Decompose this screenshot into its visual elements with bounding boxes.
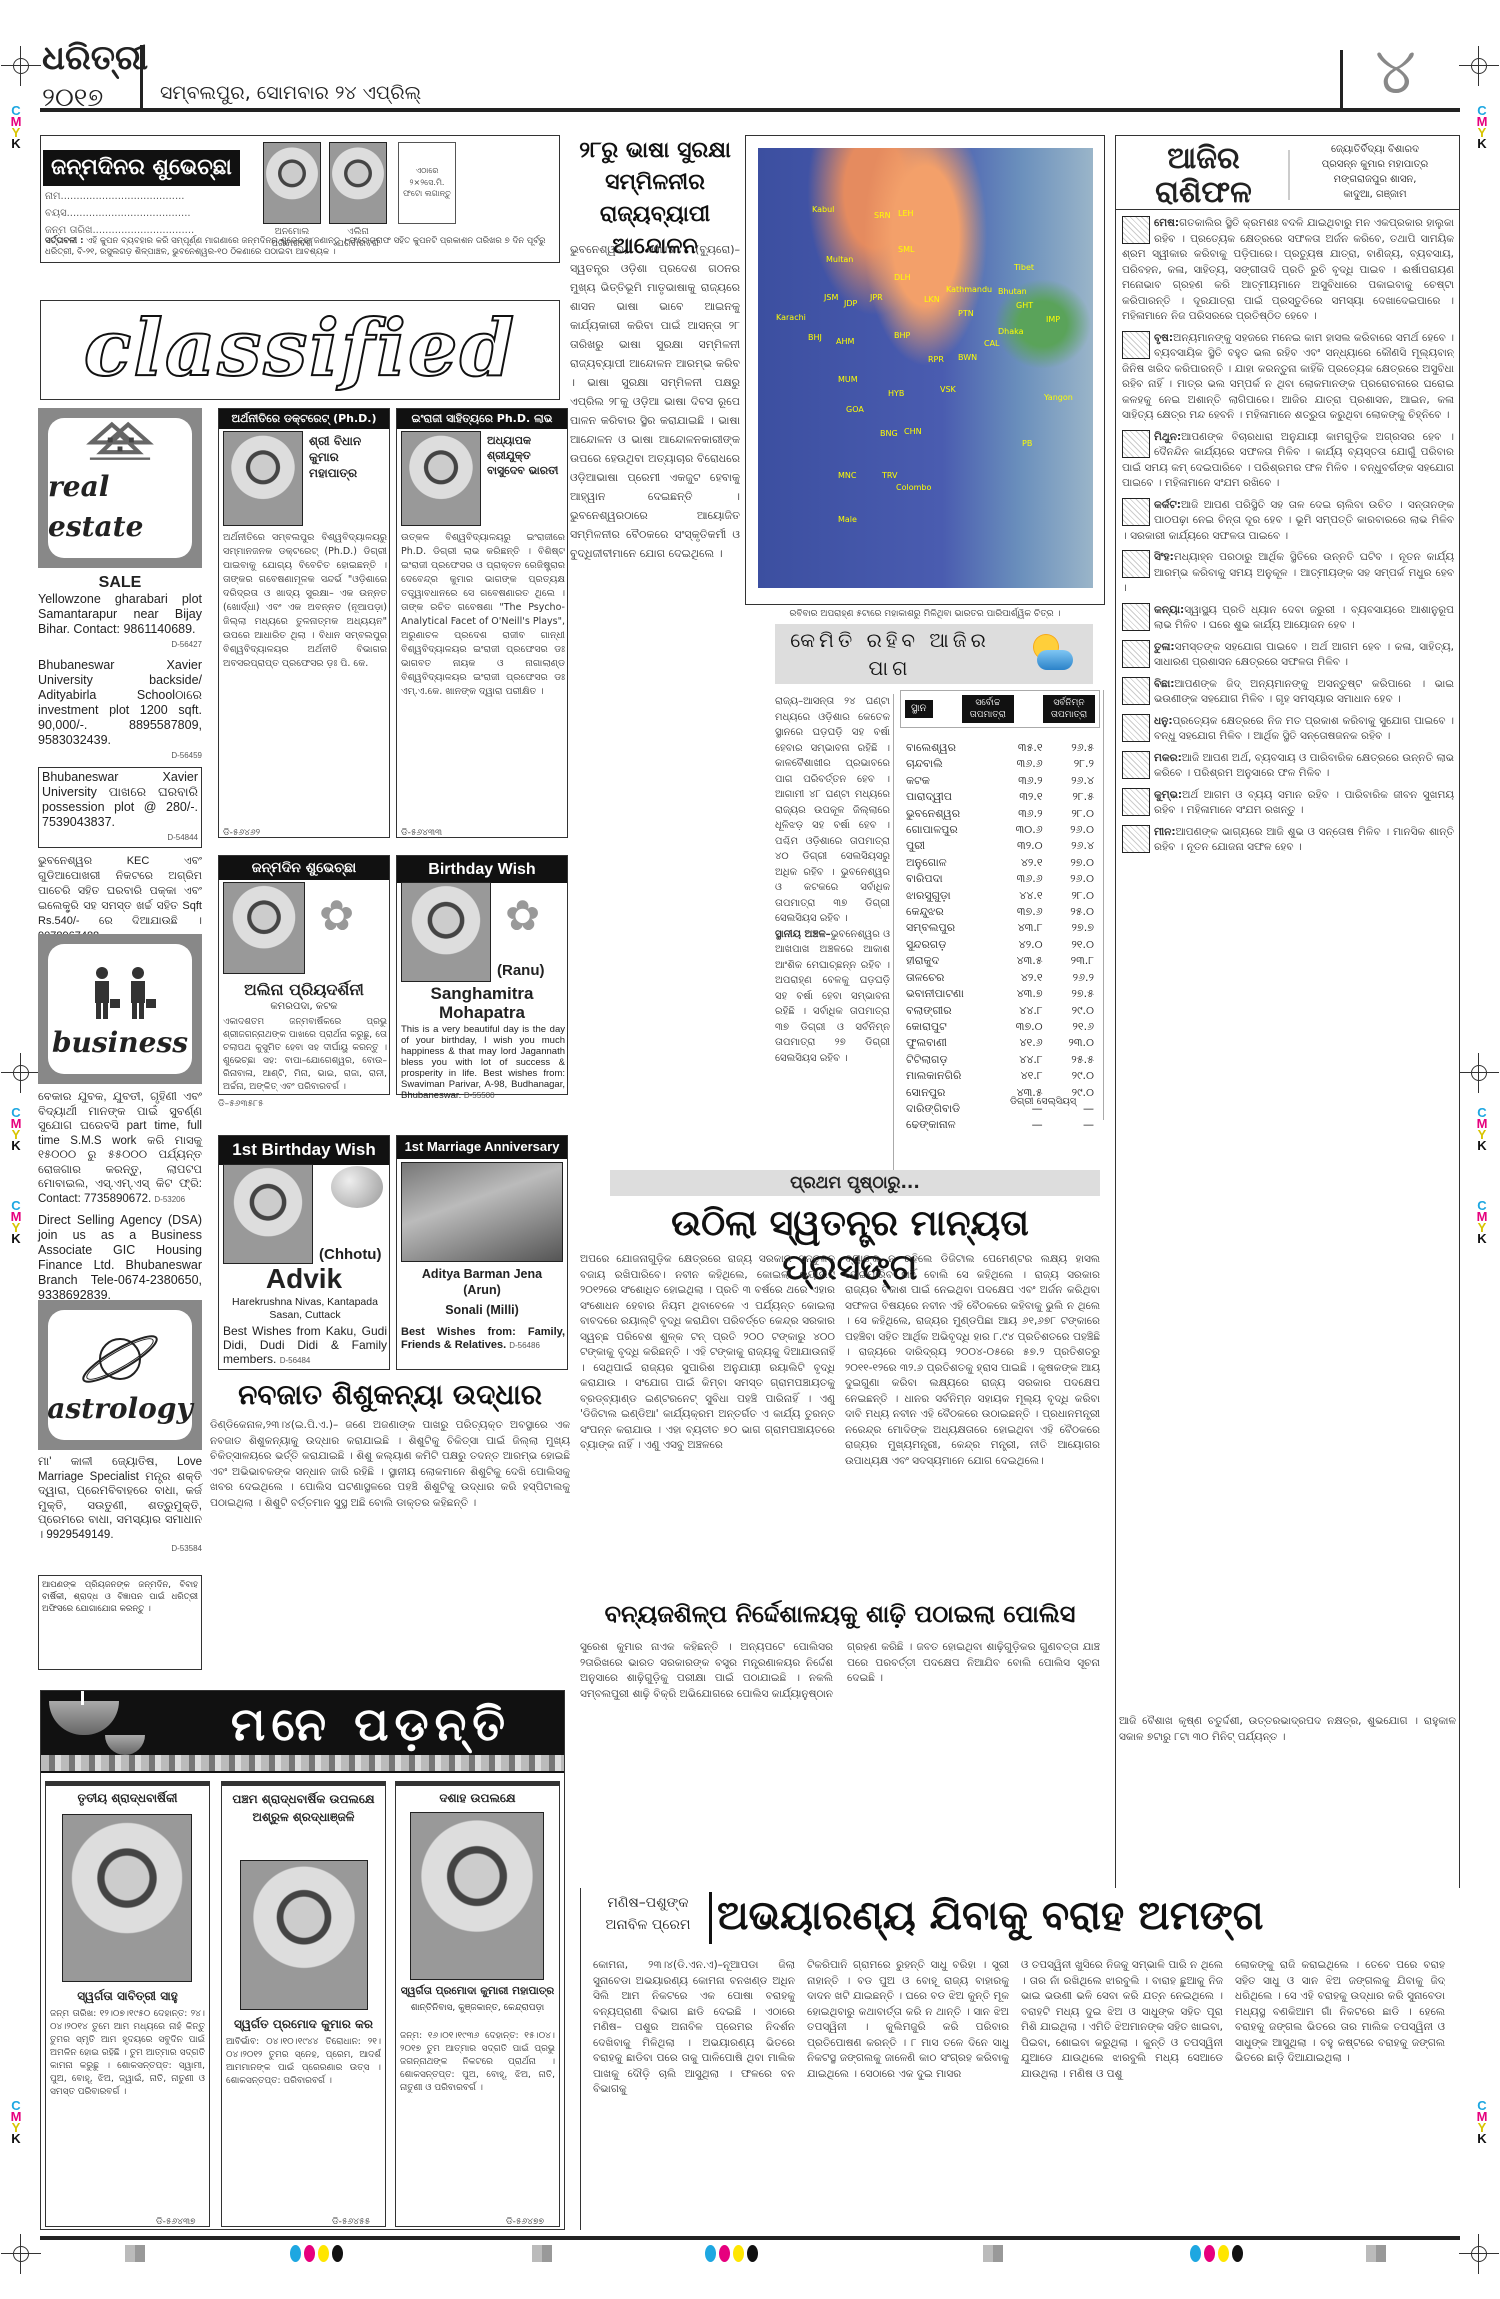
deceased-address: ଶାନ୍ତିନିବାସ, କୁଞ୍ଜକାନ୍ତ, କେନ୍ଦ୍ରାପଡ଼ା [396, 2002, 559, 2014]
obituary-entry: ଦଶାହ ଉପଲକ୍ଷେ ସ୍ୱର୍ଗତା ପ୍ରମୋଦା କୁମାରୀ ମହା… [395, 1781, 560, 2227]
ad-body: ଅର୍ଥନୀତିରେ ସମ୍ବଲପୁର ବିଶ୍ୱବିଦ୍ୟାଳୟରୁ ସମ୍ମ… [223, 531, 387, 826]
cmyk-color-bar [705, 2245, 758, 2262]
place-cell: ଦାରିଙ୍ଗିବାଡି [900, 1101, 995, 1117]
person-name: Sanghamitra Mohapatra [397, 984, 567, 1022]
birthday-coupon: ଜନ୍ମଦିନର ଶୁଭେଚ୍ଛା ନାମ...................… [40, 135, 560, 263]
place-cell: ଭୁବନେଶ୍ୱର [900, 806, 995, 822]
max-temp-cell: ୪୧.୬ [995, 1035, 1048, 1051]
rescue-article-headline: ନବଜାତ ଶିଶୁକନ୍ୟା ଉଦ୍ଧାର [210, 1378, 570, 1412]
map-caption: ରବିବାର ଅପରାହ୍ଣ ୫ଟାରେ ମହାକାଶରୁ ମିଳିଥିବା ଭ… [745, 608, 1105, 621]
weather-title: କେମିତି ରହିବ ଆଜିର ପାଗ [775, 624, 1005, 682]
classified-ad-boxed: Bhubaneswar Xavier University ପାଖରେ ଘରବା… [38, 767, 202, 848]
horoscope-entry: କର୍କଟ:ଆଜି ଆପଣ ପରିସ୍ଥିତି ସହ ତାଳ ଦେଇ ଚାଲିବ… [1122, 498, 1454, 545]
entry-body: ଜନ୍ମ ତାରିଖ: ୧୨।୦୭।୧୯୫୦ ଦେହାନ୍ତ: ୨୪।୦୪।୨୦… [50, 2008, 205, 2213]
min-temp-cell: ୨୬.୨ [1049, 970, 1100, 986]
place-cell: ପୁରୀ [900, 838, 995, 854]
deceased-name: ସ୍ୱର୍ଗତା ପ୍ରମୋଦା କୁମାରୀ ମହାପାତ୍ର [396, 1984, 559, 1999]
min-temp-cell: ୨୬.୫ [1049, 740, 1100, 756]
map-label: GOA [846, 404, 864, 416]
entry-body: ଜନ୍ମ: ୧୬।୦୧।୧୯୩୬ ଦେହାନ୍ତ: ୧୫।୦୪।୨୦୧୭ ତୁମ… [400, 2030, 555, 2214]
couple-photo [401, 1162, 563, 1262]
min-temp-cell: ୨୫.୦ [1049, 904, 1100, 920]
masthead-rule [40, 108, 1460, 112]
max-temp-cell: ୩୬.୨ [995, 806, 1048, 822]
map-label: LEH [898, 208, 914, 220]
max-temp-cell: ୪୩.୫ [995, 953, 1048, 969]
zodiac-prediction: ପ୍ରତ୍ୟେକ କ୍ଷେତ୍ରରେ ନିଜ ମତ ପ୍ରକାଶ କରିବାକୁ… [1154, 715, 1454, 743]
zodiac-name: କନ୍ୟା: [1154, 604, 1184, 616]
horoscope-entry: ତୁଳା:ସମସ୍ତଙ୍କ ସହଯୋଗ ପାଇବେ । ଅର୍ଥ ଆଗମ ହେବ… [1122, 640, 1454, 671]
dateline: ସମ୍ବଲପୁର, ସୋମବାର ୨୪ ଏପ୍ରିଲ୍ [160, 80, 421, 108]
temperature-row: ଭବାନୀପାଟଣା୪୩.୭୨୭.୫ [900, 986, 1100, 1002]
business-people-icon [80, 963, 160, 1023]
article-column: ଲୋକଙ୍କୁ ରାଜି କରାଇଥିଲେ । ତେବେ ପରେ ବରାହ ସହ… [1235, 1958, 1445, 2226]
article-kicker: ମଣିଷ–ପଶୁଙ୍କ ଅନାବିଳ ପ୍ରେମ [593, 1892, 703, 1936]
category-label: business [52, 1023, 188, 1064]
place-cell: ସୁନ୍ଦରଗଡ଼ [900, 937, 995, 953]
zodiac-sign-icon [1122, 331, 1150, 359]
map-label: Male [838, 514, 857, 526]
zodiac-sign-icon [1122, 640, 1150, 668]
place-cell: ପାରାଦ୍ୱୀପ [900, 789, 995, 805]
max-temp-cell: ୪୨.୧ [995, 855, 1048, 871]
min-temp-cell: ୨୮.୦ [1049, 888, 1100, 904]
classified-ad: ମା' କାଳୀ ଜ୍ୟୋତିଷ, Love Marriage Speciali… [38, 1455, 202, 1557]
max-temp-cell: ୩୦.୬ [995, 822, 1048, 838]
article-column: କୋମନା, ୨୩।୪(ଡି.ଏନ.ଏ)–ନୂଆପଡା ଜିଲା ସୁନାବେଡ… [593, 1958, 795, 2226]
child-photo [223, 882, 305, 974]
place-cell: ସମ୍ବଲପୁର [900, 920, 995, 936]
registration-mark-icon [1, 1053, 41, 1093]
temperature-row: ହୀରାକୁଦ୪୩.୫୨୩.୮ [900, 953, 1100, 969]
place-cell: ଚାନ୍ଦବାଲି [900, 756, 995, 772]
classified-ad: Bhubaneswar Xavier University backside/ … [38, 658, 202, 763]
police-article-body: ସୁରେଶ କୁମାର ନାଏକ କହିଛନ୍ତି । ଅନ୍ୟପଟେ ପୋଲି… [580, 1640, 1100, 1880]
real-estate-ads: Yellowzone gharabari plot Samantarapur n… [38, 592, 202, 959]
classified-ad: ବେକାର ଯୁବକ, ଯୁବତୀ, ଗୃହିଣୀ ଏବଂ ବିଦ୍ୟାର୍ଥୀ… [38, 1090, 202, 1207]
max-temp-cell: ୩୭.୬ [995, 904, 1048, 920]
person-place: କମରପଦା, କଟକ [219, 1000, 389, 1015]
min-temp-cell: — [1049, 1117, 1100, 1133]
map-label: JSM [824, 292, 838, 304]
ad-body: This is a very beautiful day is the day … [401, 1024, 565, 1101]
coupon-title: ଜନ୍ମଦିନର ଶୁଭେଚ୍ଛା [43, 150, 240, 186]
language-article-body: ଭୁବନେଶ୍ୱର, ୨୩।୪ (ବ୍ୟୁରୋ)– ସ୍ୱତନ୍ତ୍ର ଓଡ଼ି… [570, 240, 740, 820]
temperature-row: ଝାରସୁଗୁଡ଼ା୪୪.୧୨୮.୦ [900, 888, 1100, 904]
registration-mark-icon [1459, 1053, 1499, 1093]
min-temp-cell: ୨୫.୫ [1049, 1052, 1100, 1068]
horoscope-entry: ବୃଷ:ଅନ୍ୟମାନଙ୍କୁ ସହଜରେ ମନେଇ କାମ ହାସଲ କରିବ… [1122, 331, 1454, 424]
registration-mark-icon [1, 46, 41, 86]
boar-article: ମଣିଷ–ପଶୁଙ୍କ ଅନାବିଳ ପ୍ରେମ ଅଭୟାରଣ୍ୟ ଯିବାକୁ… [580, 1888, 1460, 2230]
deceased-name: ସ୍ୱର୍ଗତା ସାବିତ୍ରୀ ସାହୁ [46, 1988, 209, 2005]
zodiac-name: ତୁଳା: [1154, 641, 1175, 653]
weather-forecast: ରାଜ୍ୟ–ଆସନ୍ତା ୨୪ ଘଣ୍ଟା ମଧ୍ୟରେ ଓଡ଼ିଶାର କେତ… [775, 694, 890, 1194]
map-label: IMP [1046, 314, 1060, 326]
child-photo [329, 142, 387, 224]
map-label: LKN [924, 294, 940, 306]
cmyk-color-bar [1190, 2245, 1243, 2262]
max-temp-cell: ୪୨.୦ [995, 937, 1048, 953]
max-temp-cell: ୪୪.୮ [995, 1003, 1048, 1019]
continuation-col-1: ଅପରେ ଯୋଜନାଗୁଡ଼ିକ କ୍ଷେତ୍ରରେ ରାଜ୍ୟ ସରକାର ସ… [580, 1252, 835, 1582]
max-temp-cell: ୩୨.୧ [995, 789, 1048, 805]
business-ads: ବେକାର ଯୁବକ, ଯୁବତୀ, ଗୃହିଣୀ ଏବଂ ବିଦ୍ୟାର୍ଥୀ… [38, 1090, 202, 1318]
address: Harekrushna Nivas, Kantapada Sasan, Cutt… [223, 1296, 387, 1322]
cmyk-marker: CMYK [9, 1107, 23, 1151]
horoscope-entry: ମକର:ଆଜି ଆପଣ ଅର୍ଥ, ବ୍ୟବସାୟ ଓ ପାରିବାରିକ କ୍… [1122, 751, 1454, 782]
map-label: SML [898, 244, 914, 256]
ad-body: Best Wishes from: Family, Friends & Rela… [401, 1326, 565, 1352]
cmyk-marker: CMYK [9, 2100, 23, 2144]
obituary-title: ମନେ ପଡ଼ନ୍ତି [181, 1695, 561, 1753]
zodiac-name: ଧନୁ: [1154, 715, 1173, 727]
category-label: real estate [48, 467, 192, 548]
ad-code: ଡି–୫୬୩୫୮୫ [218, 1098, 263, 1111]
zodiac-sign-icon [1122, 788, 1150, 816]
gray-calibration-patch [532, 2245, 552, 2262]
zodiac-prediction: ଆପଣଙ୍କ ଭାଗ୍ୟରେ ଆଜି ଶୁଭ ଓ ସନ୍ତୋଷ ମିଳିବ । … [1154, 826, 1454, 854]
nickname-1: (Arun) [397, 1282, 567, 1298]
place-cell: କେନ୍ଦୁଝର [900, 904, 995, 920]
obituary-section: ମନେ ପଡ଼ନ୍ତି ତୃତୀୟ ଶ୍ରାଦ୍ଧବାର୍ଷିକୀ ସ୍ୱର୍ଗ… [40, 1690, 565, 2230]
planet-icon [75, 1329, 165, 1389]
map-label: Bhutan [998, 286, 1027, 298]
temperature-row: ମାଲକାନଗିରି୪୧.୮୨୯.୦ [900, 1068, 1100, 1084]
ad-title: 1st Marriage Anniversary [397, 1136, 567, 1159]
max-temp-cell: ୩୬.୨ [995, 773, 1048, 789]
cmyk-marker: CMYK [9, 1200, 23, 1244]
horoscope-entry: ମିଥୁନ:ଆପଣଙ୍କ ବିଚାରଧାରା ଅନୁଯାୟୀ କାମଗୁଡ଼ିକ… [1122, 430, 1454, 492]
child-photo [223, 1164, 313, 1264]
zodiac-sign-icon [1122, 498, 1150, 526]
zodiac-name: ବିଛା: [1154, 678, 1174, 690]
map-label: HYB [888, 388, 904, 400]
zodiac-sign-icon [1122, 714, 1150, 742]
photo-placeholder: ଏଠାରେ ୨×୨ସେ.ମି. ଫଟୋ ଲଗାନ୍ତୁ [398, 142, 456, 224]
horoscope-title: ଆଜିର ରାଶିଫଳ [1126, 142, 1281, 210]
age-field[interactable]: ବୟସ.....................................… [45, 205, 194, 222]
registration-mark-icon [1, 2234, 41, 2274]
ad-code: ଡି-୫୬୪୩୭ [156, 2216, 196, 2229]
astrology-ads: ମା' କାଳୀ ଜ୍ୟୋତିଷ, Love Marriage Speciali… [38, 1455, 202, 1557]
deceased-name: ସ୍ୱର୍ଗତ ପ୍ରମୋଦ କୁମାର କର [222, 2016, 385, 2033]
astrology-category: astrology [38, 1300, 202, 1450]
coupon-fields: ନାମ.....................................… [45, 188, 194, 239]
article-column: ଓ ତପସ୍ୱିନୀ ଖୁସିରେ ନିଜକୁ ସମ୍ଭାଳି ପାରି ନ ଥ… [1021, 1958, 1223, 2226]
temperature-row: ଢେଙ୍କାନାଳ—— [900, 1117, 1100, 1133]
zodiac-prediction: ଅର୍ଥ ଆଗମ ଓ ବ୍ୟୟ ସମାନ ରହିବ । ପାରିବାରିକ ଜୀ… [1154, 789, 1454, 817]
flower-icon: ✿ [505, 886, 540, 947]
place-cell: ଝାରସୁଗୁଡ଼ା [900, 888, 995, 904]
deceased-photo [410, 1812, 544, 1980]
registration-mark-icon [1459, 2234, 1499, 2274]
person-name: ଅଧ୍ୟାପକ ଶ୍ରୀଯୁକ୍ତ ବାସୁଦେବ ଭାରତୀ [487, 433, 565, 478]
map-label: GHT [1016, 300, 1033, 312]
temperature-row: କୋରାପୁଟ୩୭.୦୨୧.୬ [900, 1019, 1100, 1035]
panchang-footer: ଆଜି ବୈଶାଖ କୃଷ୍ଣ ଚତୁର୍ଦ୍ଦଶୀ, ଉତ୍ତରଭାଦ୍ରପଦ… [1115, 1710, 1460, 1900]
ad-body: Best Wishes from Kaku, Gudi Didi, Dudi D… [223, 1324, 387, 1368]
birthday-wish-ad: ଜନ୍ମଦିନ ଶୁଭେଚ୍ଛା ✿ ଅଲିନା ପ୍ରିୟଦର୍ଶିନୀ କମ… [218, 855, 390, 1095]
continuation-label: ପ୍ରଥମ ପୃଷ୍ଠାରୁ... [610, 1170, 1100, 1196]
obituary-entry: ପଞ୍ଚମ ଶ୍ରାଦ୍ଧବାର୍ଷିକ ଉପଲକ୍ଷେ ଅଶ୍ରୁଳ ଶ୍ରଦ… [221, 1781, 386, 2227]
divider [1340, 50, 1343, 112]
min-temp-cell: ୨୬.୪ [1049, 838, 1100, 854]
continuation-col-2: ବ୍ୟାଙ୍କ ନ ରହିଲେ ଡିଜିଟାଲ ପେମେଣ୍ଟର ଲକ୍ଷ୍ୟ … [845, 1252, 1100, 1582]
gray-calibration-patch [1366, 2245, 1386, 2262]
zodiac-sign-icon [1122, 550, 1150, 578]
min-temp-cell: ୨୯.୦ [1049, 1003, 1100, 1019]
ad-title: ଇଂରାଜୀ ସାହିତ୍ୟରେ Ph.D. ଲାଭ [397, 409, 567, 429]
map-label: Kabul [812, 204, 834, 216]
ad-code: ଡି-୫୬୪୭୭ [506, 2216, 544, 2229]
masthead-year: ୨୦୧୭ [42, 80, 103, 118]
person-photo [401, 431, 481, 526]
obituary-entry: ତୃତୀୟ ଶ୍ରାଦ୍ଧବାର୍ଷିକୀ ସ୍ୱର୍ଗତା ସାବିତ୍ରୀ … [45, 1781, 210, 2227]
name-1: Aditya Barman Jena [397, 1266, 567, 1282]
temperature-row: ବାଲେଶ୍ୱର୩୫.୧୨୬.୫ [900, 740, 1100, 756]
sun-cloud-icon [1027, 630, 1073, 676]
temperature-row: ଚାନ୍ଦବାଲି୩୬.୬୨୮.୨ [900, 756, 1100, 772]
map-label: BHP [894, 330, 910, 342]
temperature-table: ବାଲେଶ୍ୱର୩୫.୧୨୬.୫ଚାନ୍ଦବାଲି୩୬.୬୨୮.୨କଟକ୩୬.୨… [900, 740, 1100, 1134]
map-label: BHJ [808, 332, 822, 344]
cmyk-marker: CMYK [1475, 105, 1489, 149]
ad-title: 1st Birthday Wish [219, 1136, 389, 1165]
map-label: CHN [904, 426, 922, 438]
local-forecast-label: ସ୍ଥାନୀୟ ଅଞ୍ଚଳ– [775, 929, 831, 940]
phd-ad: ଇଂରାଜୀ ସାହିତ୍ୟରେ Ph.D. ଲାଭ ଅଧ୍ୟାପକ ଶ୍ରୀଯ… [396, 408, 568, 838]
temperature-table-header: ସ୍ଥାନ ସର୍ବୋଚ୍ଚ ତାପମାତ୍ରା ସର୍ବନିମ୍ନ ତାପମା… [900, 690, 1100, 728]
misc-notice: ଆପଣଙ୍କ ପ୍ରିୟଜନଙ୍କ ଜନ୍ମଦିନ, ବିବାହ ବାର୍ଷିକ… [38, 1575, 202, 1670]
local-forecast-text: ଭୁବନେଶ୍ୱର ଓ ଆଖପାଖ ଅଞ୍ଚଳରେ ଆକାଶ ଆଂଶିକ ମେଘ… [775, 929, 890, 1064]
cmyk-marker: CMYK [1475, 1107, 1489, 1151]
zodiac-name: ମୀନ: [1154, 826, 1176, 838]
map-label: RPR [928, 354, 944, 366]
map-label: Karachi [776, 312, 806, 324]
footer-rule [40, 2236, 1460, 2240]
map-label: BNG [880, 428, 898, 440]
place-cell: ହୀରାକୁଦ [900, 953, 995, 969]
zodiac-name: ମିଥୁନ: [1154, 431, 1181, 443]
min-temp-cell: ୨୮.୫ [1049, 789, 1100, 805]
max-temp-cell: ୩୬.୬ [995, 756, 1048, 772]
max-temp-cell: ୪୩.୮ [995, 920, 1048, 936]
temperature-row: ତାଳଚେର୪୨.୧୨୬.୨ [900, 970, 1100, 986]
temperature-row: ବଲାଙ୍ଗୀର୪୪.୮୨୯.୦ [900, 1003, 1100, 1019]
place-cell: ଟିଟିଲାଗଡ଼ [900, 1052, 995, 1068]
marigold-border [41, 1755, 564, 1771]
horoscope-box: ଆଜିର ରାଶିଫଳ ଜ୍ୟୋତିର୍ବିଦ୍ୟା ବିଶାରଦପ୍ରସନ୍ନ… [1115, 135, 1460, 1905]
zodiac-prediction: ସ୍ୱାସ୍ଥ୍ୟ ପ୍ରତି ଧ୍ୟାନ ଦେବା ଜରୁରୀ । ବ୍ୟବସ… [1154, 604, 1454, 632]
astrologer-credit: ଜ୍ୟୋତିର୍ବିଦ୍ୟା ବିଶାରଦପ୍ରସନ୍ନ କୁମାର ମହାପା… [1294, 142, 1456, 202]
zodiac-sign-icon [1122, 603, 1150, 631]
col-header-place: ସ୍ଥାନ [905, 700, 933, 719]
map-label: Colombo [896, 482, 931, 494]
horoscope-entry: କୁମ୍ଭ:ଅର୍ଥ ଆଗମ ଓ ବ୍ୟୟ ସମାନ ରହିବ । ପାରିବା… [1122, 788, 1454, 819]
first-birthday-ad: 1st Birthday Wish (Chhotu) Advik Harekru… [218, 1135, 390, 1370]
child-photo [263, 142, 321, 224]
zodiac-name: ମକର: [1154, 752, 1182, 764]
name-2: Sonali (Milli) [397, 1302, 567, 1318]
registration-mark-icon [1459, 46, 1499, 86]
zodiac-name: ବୃଷ: [1154, 332, 1173, 344]
max-temp-cell: ୩୨.୦ [995, 838, 1048, 854]
temperature-unit: ଡିଗ୍ରୀ ସେଲ୍‌ସିୟସ୍‌ [1010, 1095, 1076, 1109]
place-cell: ମାଲକାନଗିରି [900, 1068, 995, 1084]
temperature-row: ଭୁବନେଶ୍ୱର୩୬.୨୨୮.୦ [900, 806, 1100, 822]
coupon-terms: ସର୍ତ୍ତାବଳୀ : ଏହି କୁପନ ବ୍ୟବହାର କରି ସମ୍ପୂର… [45, 236, 555, 258]
person-photo [401, 882, 491, 982]
place-cell: ଭବାନୀପାଟଣା [900, 986, 995, 1002]
min-temp-cell: ୨୩.୮ [1049, 953, 1100, 969]
cmyk-marker: CMYK [1475, 1200, 1489, 1244]
map-label: MNC [838, 470, 856, 482]
cmyk-color-bar [290, 2245, 343, 2262]
place-cell: କଟକ [900, 773, 995, 789]
min-temp-cell: ୨୭.୫ [1049, 986, 1100, 1002]
article-headline: ଅଭୟାରଣ୍ୟ ଯିବାକୁ ବରାହ ଅମଙ୍ଗ [717, 1888, 1457, 1944]
temperature-row: ଟିଟିଲାଗଡ଼୪୪.୮୨୫.୫ [900, 1052, 1100, 1068]
sale-heading: SALE [38, 571, 202, 594]
ad-code: ଡି-୫୬୪୬୨ [223, 827, 260, 840]
balloon-icon [331, 1166, 383, 1208]
ad-body: ଏକାଦଶତମ ଜନ୍ମବାର୍ଷିକରେ ପ୍ରଭୁ ଶ୍ରୀଜଗନ୍ନାଥଙ… [223, 1016, 387, 1092]
max-temp-cell: ୪୧.୮ [995, 1068, 1048, 1084]
zodiac-sign-icon [1122, 751, 1150, 779]
max-temp-cell: ୪୩.୭ [995, 986, 1048, 1002]
map-label: MUM [838, 374, 858, 386]
min-temp-cell: ୨୧.୬ [1049, 1019, 1100, 1035]
min-temp-cell: ୨୯.୦ [1049, 1068, 1100, 1084]
divider [140, 45, 143, 110]
temperature-row: ପୁରୀ୩୨.୦୨୬.୪ [900, 838, 1100, 854]
entry-heading: ତୃତୀୟ ଶ୍ରାଦ୍ଧବାର୍ଷିକୀ [46, 1790, 209, 1807]
name-field[interactable]: ନାମ.....................................… [45, 188, 194, 205]
min-temp-cell: ୨୧.୦ [1049, 937, 1100, 953]
place-cell: ଢେଙ୍କାନାଳ [900, 1117, 995, 1133]
map-label: JDP [844, 298, 857, 310]
real-estate-category: real estate [38, 408, 202, 568]
entry-body: ଆବିର୍ଭାବ: ୦୪।୧୦।୧୯୪୪ ତିରୋଧାନ: ୨୧।୦୪।୨୦୧୨… [226, 2036, 381, 2214]
zodiac-name: କୁମ୍ଭ: [1154, 789, 1182, 801]
min-temp-cell: ୨୮.୦ [1049, 806, 1100, 822]
business-category: business [38, 934, 202, 1084]
page-number: ୪ [1375, 42, 1416, 102]
place-cell: ତାଳଚେର [900, 970, 995, 986]
police-article-headline: ବନ୍ୟଜଶିଳ୍ପ ନିର୍ଦ୍ଦେଶାଳୟକୁ ଶାଢ଼ି ପଠାଇଲା ପ… [580, 1598, 1100, 1630]
place-cell: ଅନୁଗୋଳ [900, 855, 995, 871]
map-label: Tibet [1014, 262, 1034, 274]
horoscope-entry: କନ୍ୟା:ସ୍ୱାସ୍ଥ୍ୟ ପ୍ରତି ଧ୍ୟାନ ଦେବା ଜରୁରୀ ।… [1122, 603, 1454, 634]
deceased-photo [240, 1860, 368, 2010]
birthday-wish-ad: Birthday Wish ✿ (Ranu) Sanghamitra Mohap… [396, 855, 568, 1095]
map-label: DLH [894, 272, 911, 284]
person-name: ଶ୍ରୀ ବିଧାନ କୁମାର ମହାପାତ୍ର [309, 433, 387, 481]
map-label: AHM [836, 336, 854, 348]
cmyk-marker: CMYK [1475, 2100, 1489, 2144]
zodiac-name: ସିଂହ: [1154, 551, 1174, 563]
max-temp-cell: ୩୬.୬ [995, 871, 1048, 887]
couple-names: Aditya Barman Jena (Arun) Sonali (Milli) [397, 1266, 567, 1318]
place-cell: ବାଲେଶ୍ୱର [900, 740, 995, 756]
max-temp-cell: ୩୫.୧ [995, 740, 1048, 756]
ad-code: ଡି-୫୬୪୫୫ [332, 2216, 370, 2229]
map-label: SRN [874, 210, 891, 222]
col-header-min: ସର୍ବନିମ୍ନ ତାପମାତ୍ରା [1043, 695, 1095, 723]
ad-title: ଜନ୍ମଦିନ ଶୁଭେଚ୍ଛା [219, 856, 389, 880]
zodiac-sign-icon [1122, 430, 1150, 458]
newspaper-logo: ଧରିତ୍ରୀ [42, 40, 148, 76]
temperature-row: ଅନୁଗୋଳ୪୨.୧୨୭.୦ [900, 855, 1100, 871]
max-temp-cell: ୪୪.୧ [995, 888, 1048, 904]
col-header-max: ସର୍ବୋଚ୍ଚ ତାପମାତ୍ରା [962, 695, 1014, 723]
zodiac-sign-icon [1122, 677, 1150, 705]
max-temp-cell: ୪୨.୧ [995, 970, 1048, 986]
place-cell: ବାରିପଦା [900, 871, 995, 887]
terms-label: ସର୍ତ୍ତାବଳୀ : [45, 236, 84, 246]
nickname: (Ranu) [497, 960, 545, 982]
satellite-weather-map: Kabul SRN LEH Multan SML DLH Kathmandu B… [758, 148, 1093, 588]
classified-banner: classified [40, 300, 560, 400]
anniversary-ad: 1st Marriage Anniversary Aditya Barman J… [396, 1135, 568, 1370]
horoscope-entry: ବିଛା:ଆପଣଙ୍କ ଜିଦ୍ ଅନ୍ୟମାନଙ୍କୁ ଅସନ୍ତୁଷ୍ଟ କ… [1122, 677, 1454, 708]
flower-icon: ✿ [319, 886, 354, 947]
map-label: PTN [958, 308, 974, 320]
deceased-photo [62, 1814, 192, 1982]
phd-ad: ଅର୍ଥନୀତିରେ ଡକ୍ଟରେଟ୍ (Ph.D.) ଶ୍ରୀ ବିଧାନ କ… [218, 408, 390, 838]
temperature-row: ଗୋପାଳପୁର୩୦.୬୨୬.୦ [900, 822, 1100, 838]
max-temp-cell: ୪୪.୮ [995, 1052, 1048, 1068]
house-icon [75, 418, 165, 467]
gray-calibration-patch [983, 2245, 1003, 2262]
map-label: Dhaka [998, 326, 1024, 338]
map-label: BWN [958, 352, 977, 364]
zodiac-prediction: ଆଜି ଆପଣ ଅର୍ଥ, ବ୍ୟବସାୟ ଓ ପାରିବାରିକ କ୍ଷେତ୍… [1154, 752, 1454, 780]
ad-body: ଉତ୍କଳ ବିଶ୍ୱବିଦ୍ୟାଳୟରୁ ଇଂରାଜୀରେ Ph.D. ଡିଗ… [401, 531, 565, 826]
place-cell: କୋରାପୁଟ [900, 1019, 995, 1035]
ad-title: ଅର୍ଥନୀତିରେ ଡକ୍ଟରେଟ୍ (Ph.D.) [219, 409, 389, 429]
gray-calibration-patch [125, 2245, 145, 2262]
place-cell: ବଲାଙ୍ଗୀର [900, 1003, 995, 1019]
min-temp-cell: ୨୬.୦ [1049, 822, 1100, 838]
terms-text: ଏହି କୁପନ ବ୍ୟବହାର କରି ସମ୍ପୂର୍ଣ୍ଣ ମାଗଣାରେ … [45, 236, 545, 257]
person-photo [223, 431, 303, 526]
min-temp-cell: ୨୭.୭ [1049, 920, 1100, 936]
temperature-row: ପାରାଦ୍ୱୀପ୩୨.୧୨୮.୫ [900, 789, 1100, 805]
ad-title: Birthday Wish [397, 856, 567, 883]
map-label: Yangon [1044, 392, 1073, 404]
place-cell: ସୋନପୁର [900, 1085, 995, 1101]
weather-title-bar: କେମିତି ରହିବ ଆଜିର ପାଗ [775, 624, 1093, 684]
min-temp-cell: ୨୭.୦ [1049, 855, 1100, 871]
map-label: Kathmandu [946, 284, 992, 296]
map-label: Multan [826, 254, 853, 266]
classified-ad: Yellowzone gharabari plot Samantarapur n… [38, 592, 202, 652]
article-column: ଟିକରିପାନି ଗ୍ରାମରେ ରୁହନ୍ତି ସାଧୁ ବରିହା । ସ… [807, 1958, 1009, 2226]
person-name: ଅଲିନା ପ୍ରିୟଦର୍ଶିନୀ [219, 978, 389, 1001]
diya-lamp-icon [49, 1701, 119, 1735]
zodiac-sign-icon [1122, 825, 1150, 853]
temperature-row: ସମ୍ବଲପୁର୪୩.୮୨୭.୭ [900, 920, 1100, 936]
ad-code: ଡି-୫୬୪୩୩ [401, 827, 442, 840]
diya-lamp-icon [105, 1735, 145, 1755]
horoscope-entry: ମୀନ:ଆପଣଙ୍କ ଭାଗ୍ୟରେ ଆଜି ଶୁଭ ଓ ସନ୍ତୋଷ ମିଳି… [1122, 825, 1454, 856]
max-temp-cell: ୩୭.୦ [995, 1019, 1048, 1035]
cmyk-marker: CMYK [9, 105, 23, 149]
zodiac-prediction: ଆପଣଙ୍କ ଜିଦ୍ ଅନ୍ୟମାନଙ୍କୁ ଅସନ୍ତୁଷ୍ଟ କରିପାର… [1154, 678, 1454, 706]
category-label: astrology [47, 1389, 192, 1430]
